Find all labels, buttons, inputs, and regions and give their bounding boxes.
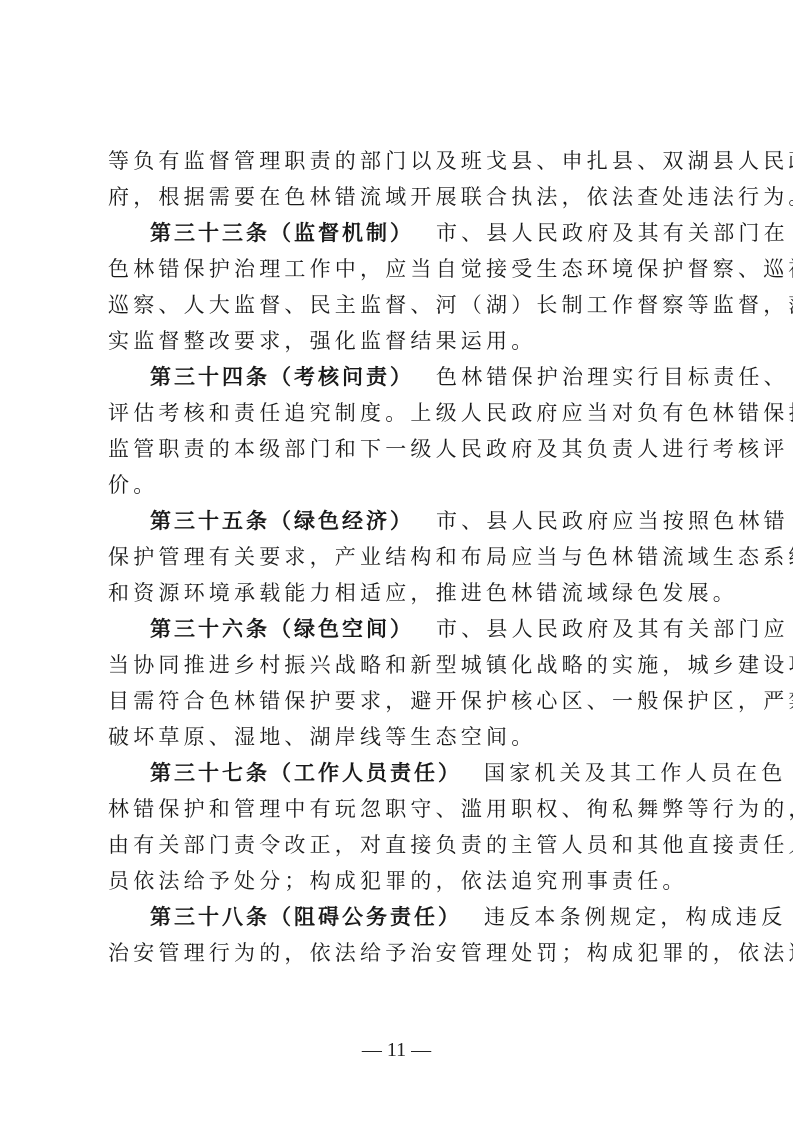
article-38-first-line: 第三十八条（阻碍公务责任）违反本条例规定，构成违反: [108, 899, 698, 935]
article-text: 市、县人民政府及其有关部门应: [436, 617, 789, 641]
article-text: 市、县人民政府应当按照色林错: [436, 509, 789, 533]
article-text: 色林错保护治理实行目标责任、: [436, 365, 789, 389]
article-36-first-line: 第三十六条（绿色空间）市、县人民政府及其有关部门应: [108, 611, 698, 647]
document-body: 等负有监督管理职责的部门以及班戈县、申扎县、双湖县人民政 府，根据需要在色林错流…: [108, 143, 698, 971]
body-line: 破坏草原、湿地、湖岸线等生态空间。: [108, 719, 698, 755]
body-line: 监管职责的本级部门和下一级人民政府及其负责人进行考核评: [108, 431, 698, 467]
article-text: 国家机关及其工作人员在色: [484, 761, 786, 785]
body-line: 色林错保护治理工作中，应当自觉接受生态环境保护督察、巡视: [108, 251, 698, 287]
article-heading: 第三十七条（工作人员责任）: [150, 761, 462, 785]
article-heading: 第三十六条（绿色空间）: [150, 617, 414, 641]
body-line: 府，根据需要在色林错流域开展联合执法，依法查处违法行为。: [108, 179, 698, 215]
article-heading: 第三十八条（阻碍公务责任）: [150, 905, 462, 929]
body-line: 当协同推进乡村振兴战略和新型城镇化战略的实施，城乡建设项: [108, 647, 698, 683]
article-text: 违反本条例规定，构成违反: [484, 905, 786, 929]
page-number: — 11 —: [0, 1036, 793, 1064]
body-line: 价。: [108, 467, 698, 503]
article-34-first-line: 第三十四条（考核问责）色林错保护治理实行目标责任、: [108, 359, 698, 395]
body-line: 保护管理有关要求，产业结构和布局应当与色林错流域生态系统: [108, 539, 698, 575]
body-line: 员依法给予处分；构成犯罪的，依法追究刑事责任。: [108, 863, 698, 899]
article-33-first-line: 第三十三条（监督机制）市、县人民政府及其有关部门在: [108, 215, 698, 251]
body-line: 目需符合色林错保护要求，避开保护核心区、一般保护区，严禁: [108, 683, 698, 719]
body-line: 由有关部门责令改正，对直接负责的主管人员和其他直接责任人: [108, 827, 698, 863]
body-line: 等负有监督管理职责的部门以及班戈县、申扎县、双湖县人民政: [108, 143, 698, 179]
article-37-first-line: 第三十七条（工作人员责任）国家机关及其工作人员在色: [108, 755, 698, 791]
body-line: 评估考核和责任追究制度。上级人民政府应当对负有色林错保护: [108, 395, 698, 431]
body-line: 巡察、人大监督、民主监督、河（湖）长制工作督察等监督，落: [108, 287, 698, 323]
article-text: 市、县人民政府及其有关部门在: [436, 221, 789, 245]
article-heading: 第三十五条（绿色经济）: [150, 509, 414, 533]
body-line: 和资源环境承载能力相适应，推进色林错流域绿色发展。: [108, 575, 698, 611]
article-35-first-line: 第三十五条（绿色经济）市、县人民政府应当按照色林错: [108, 503, 698, 539]
body-line: 林错保护和管理中有玩忽职守、滥用职权、徇私舞弊等行为的，: [108, 791, 698, 827]
document-page: 等负有监督管理职责的部门以及班戈县、申扎县、双湖县人民政 府，根据需要在色林错流…: [0, 0, 793, 1122]
body-line: 治安管理行为的，依法给予治安管理处罚；构成犯罪的，依法追: [108, 935, 698, 971]
article-heading: 第三十三条（监督机制）: [150, 221, 414, 245]
article-heading: 第三十四条（考核问责）: [150, 365, 414, 389]
body-line: 实监督整改要求，强化监督结果运用。: [108, 323, 698, 359]
